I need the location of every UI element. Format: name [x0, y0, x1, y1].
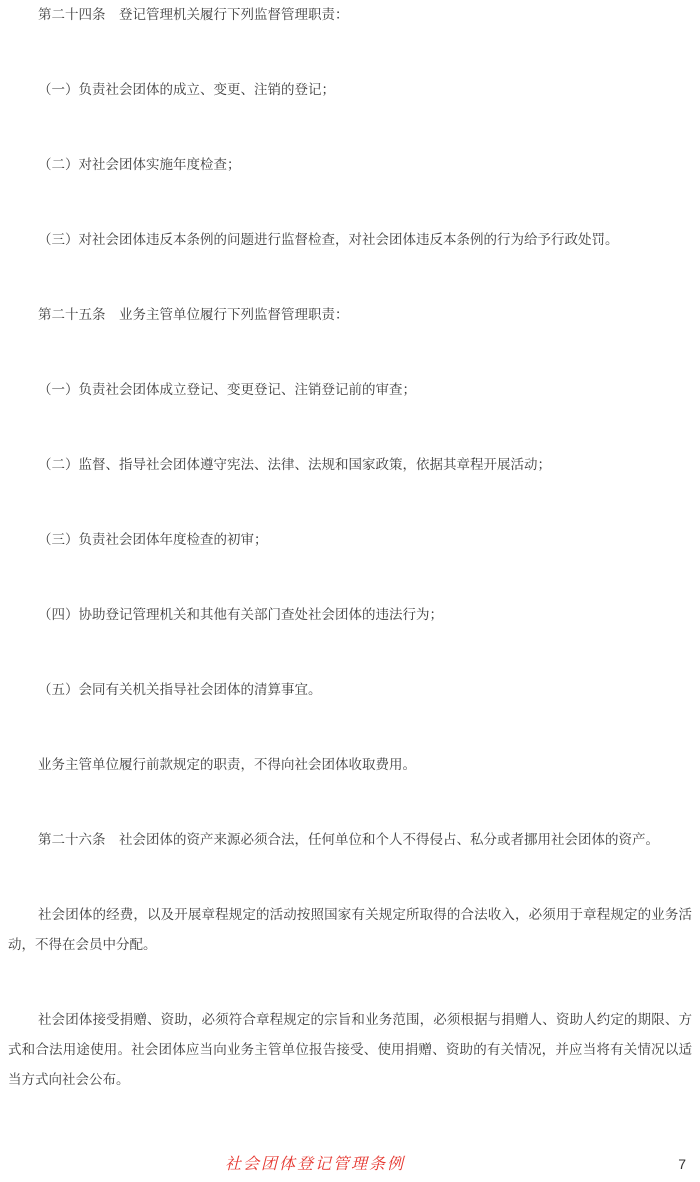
paragraph: 第二十六条 社会团体的资产来源必须合法，任何单位和个人不得侵占、私分或者挪用社会… — [8, 825, 692, 855]
footer-document-title: 社会团体登记管理条例 — [225, 1153, 405, 1175]
paragraph: （三）对社会团体违反本条例的问题进行监督检查，对社会团体违反本条例的行为给予行政… — [8, 225, 692, 255]
document-page: 第二十四条 登记管理机关履行下列监督管理职责：（一）负责社会团体的成立、变更、注… — [0, 0, 700, 1182]
paragraph: 社会团体的经费，以及开展章程规定的活动按照国家有关规定所取得的合法收入，必须用于… — [8, 900, 692, 960]
paragraph: （三）负责社会团体年度检查的初审； — [8, 525, 692, 555]
paragraph: 第二十四条 登记管理机关履行下列监督管理职责： — [8, 0, 692, 30]
page-footer: 社会团体登记管理条例 7 — [0, 1153, 700, 1179]
paragraph: （二）监督、指导社会团体遵守宪法、法律、法规和国家政策，依据其章程开展活动； — [8, 450, 692, 480]
paragraph: 业务主管单位履行前款规定的职责，不得向社会团体收取费用。 — [8, 750, 692, 780]
paragraph: （五）会同有关机关指导社会团体的清算事宜。 — [8, 675, 692, 705]
paragraph: （四）协助登记管理机关和其他有关部门查处社会团体的违法行为； — [8, 600, 692, 630]
paragraph: （一）负责社会团体的成立、变更、注销的登记； — [8, 75, 692, 105]
page-number: 7 — [678, 1154, 686, 1174]
paragraph: （二）对社会团体实施年度检查； — [8, 150, 692, 180]
paragraph: 社会团体接受捐赠、资助，必须符合章程规定的宗旨和业务范围，必须根据与捐赠人、资助… — [8, 1005, 692, 1095]
document-body: 第二十四条 登记管理机关履行下列监督管理职责：（一）负责社会团体的成立、变更、注… — [0, 0, 700, 1095]
paragraph: 第二十五条 业务主管单位履行下列监督管理职责： — [8, 300, 692, 330]
paragraph: （一）负责社会团体成立登记、变更登记、注销登记前的审查； — [8, 375, 692, 405]
